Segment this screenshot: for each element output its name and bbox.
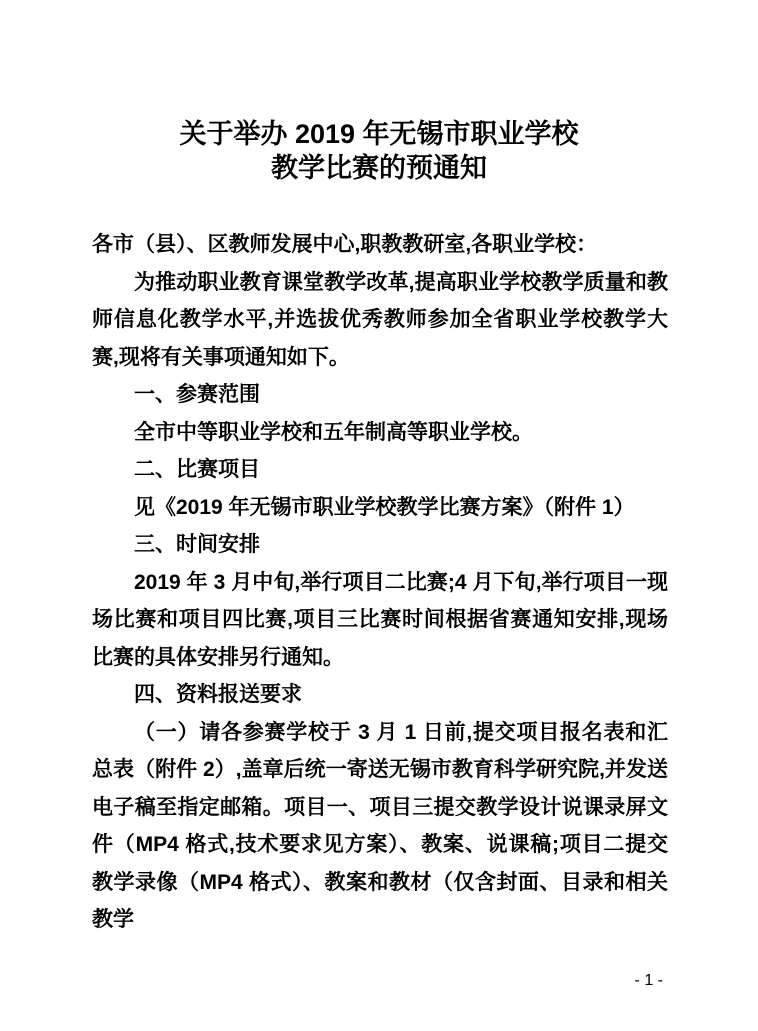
section-heading-schedule: 三、时间安排 [92,526,668,564]
document-title: 关于举办 2019 年无锡市职业学校 教学比赛的预通知 [0,0,758,185]
title-line-2: 教学比赛的预通知 [0,151,758,185]
section-heading-submission-requirements: 四、资料报送要求 [92,676,668,714]
page-number: - 1 - [635,971,663,991]
schedule-text: 2019 年 3 月中旬,举行项目二比赛;4 月下旬,举行项目一现场比赛和项目四… [92,564,668,677]
participation-scope-text: 全市中等职业学校和五年制高等职业学校。 [92,414,668,452]
document-page: 关于举办 2019 年无锡市职业学校 教学比赛的预通知 各市（县）、区教师发展中… [0,0,758,1031]
section-heading-competition-items: 二、比赛项目 [92,451,668,489]
competition-items-text: 见《2019 年无锡市职业学校教学比赛方案》（附件 1） [92,489,668,527]
salutation-line: 各市（县）、区教师发展中心,职教教研室,各职业学校： [92,226,668,264]
section-heading-participation-scope: 一、参赛范围 [92,376,668,414]
document-body: 各市（县）、区教师发展中心,职教教研室,各职业学校： 为推动职业教育课堂教学改革… [92,226,668,939]
submission-requirements-text: （一）请各参赛学校于 3 月 1 日前,提交项目报名表和汇总表（附件 2）,盖章… [92,714,668,939]
intro-paragraph: 为推动职业教育课堂教学改革,提高职业学校教学质量和教师信息化教学水平,并选拔优秀… [92,264,668,377]
title-line-1: 关于举办 2019 年无锡市职业学校 [0,117,758,151]
